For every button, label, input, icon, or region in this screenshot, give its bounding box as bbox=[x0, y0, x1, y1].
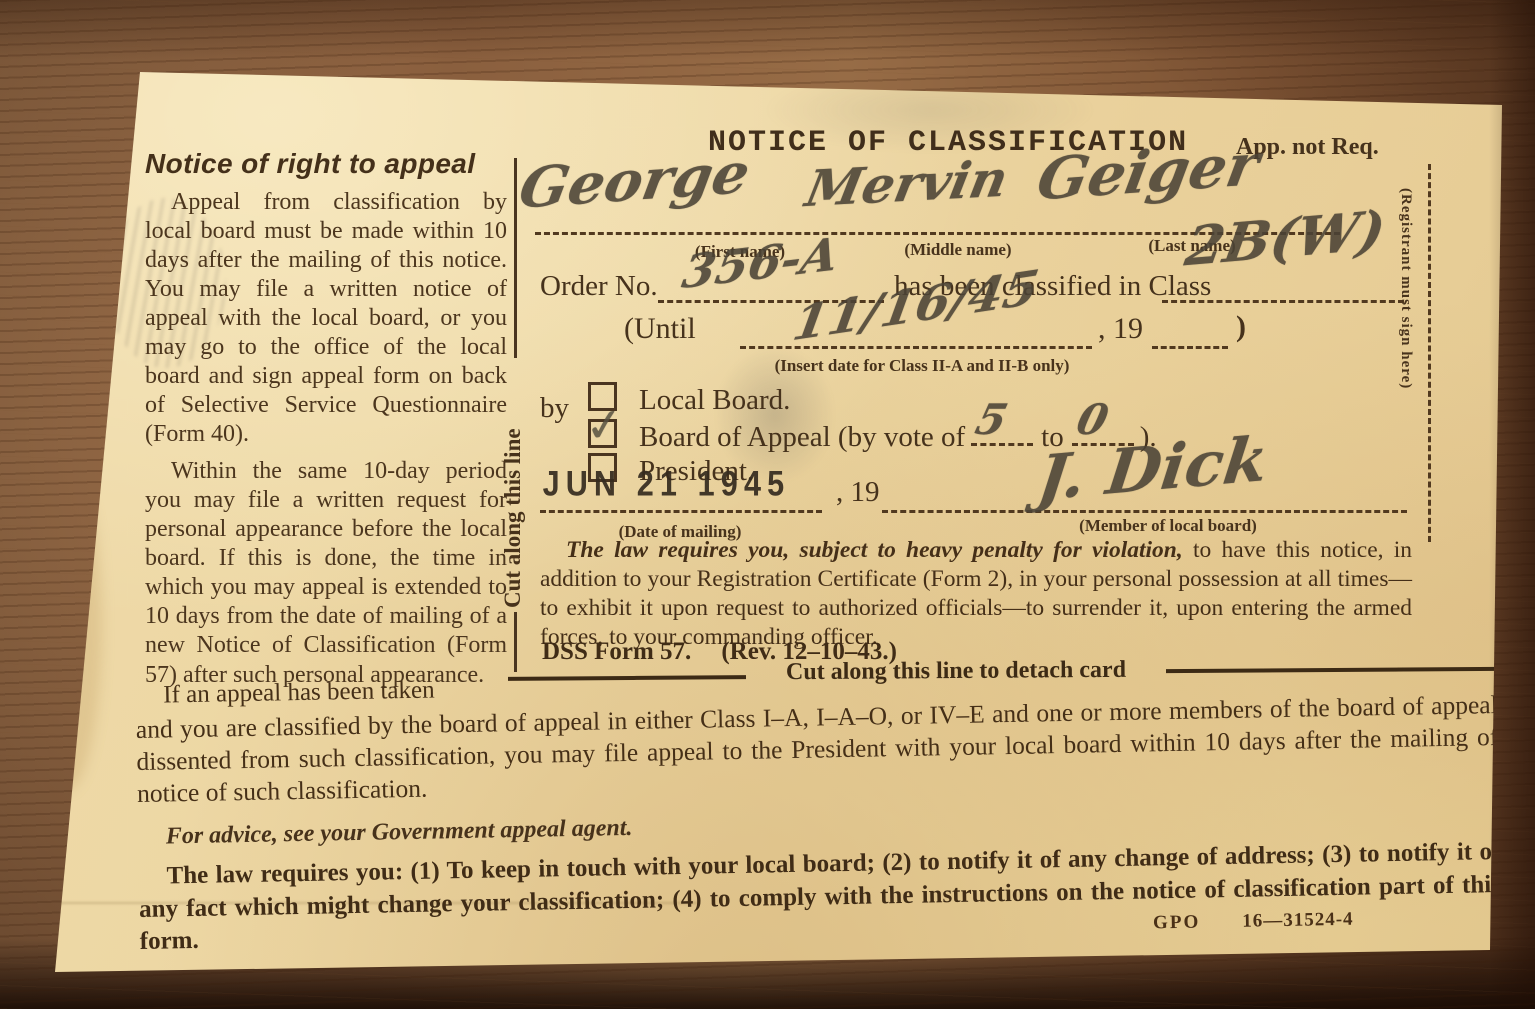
until-year-label: , 19 bbox=[1098, 312, 1143, 346]
law-paragraph: The law requires you, subject to heavy p… bbox=[540, 536, 1412, 652]
right-to-appeal-column: Notice of right to appeal Appeal from cl… bbox=[145, 148, 507, 690]
until-label: (Until bbox=[624, 312, 696, 346]
date-year-label: , 19 bbox=[836, 476, 880, 509]
bottom-section: If an appeal has been taken and you are … bbox=[135, 657, 1502, 959]
by-label: by bbox=[540, 392, 569, 425]
appeal-taken-paragraph: and you are classified by the board of a… bbox=[136, 689, 1500, 810]
vote-for-dashed-line: 5 bbox=[971, 417, 1033, 446]
cut-along-line-vertical-label: Cut along this line bbox=[500, 428, 526, 608]
local-board-label: Local Board. bbox=[639, 384, 790, 416]
until-close-paren: ) bbox=[1236, 310, 1246, 344]
signature-dashed-line bbox=[955, 510, 1407, 513]
gpo-label: GPO bbox=[1153, 912, 1201, 934]
law-requires-text: The law requires you: (1) To keep in tou… bbox=[139, 838, 1501, 955]
middle-name-label: (Middle name) bbox=[904, 240, 1011, 260]
right-to-appeal-heading: Notice of right to appeal bbox=[145, 148, 507, 180]
handwritten-class: 2B(W) bbox=[1181, 198, 1390, 279]
dss-form-number: DSS Form 57. bbox=[542, 638, 691, 665]
until-year-dashed-line bbox=[1152, 346, 1228, 349]
board-of-appeal-checkbox: ✓ bbox=[588, 419, 617, 448]
cut-line-rule-bottom bbox=[514, 612, 517, 672]
gpo-imprint: GPO16—31524-4 bbox=[1125, 908, 1354, 937]
class-dashed-line bbox=[1162, 300, 1404, 303]
appeal-paragraph-2: Within the same 10-day period you may fi… bbox=[145, 457, 507, 689]
photo-wood-background: Notice of right to appeal Appeal from cl… bbox=[0, 0, 1535, 1009]
handwritten-first-name: George bbox=[514, 140, 754, 222]
law-paragraph-intro: The law requires you, subject to heavy p… bbox=[566, 537, 1183, 563]
handwritten-order-no: 356-A bbox=[679, 227, 843, 299]
classification-card: Notice of right to appeal Appeal from cl… bbox=[40, 60, 1510, 985]
handwritten-middle-name: Mervin bbox=[801, 149, 1013, 218]
board-of-appeal-label: Board of Appeal (by vote of bbox=[639, 421, 965, 453]
order-no-label: Order No. bbox=[540, 270, 658, 303]
cut-line-rule-top bbox=[514, 158, 517, 358]
law-requires-paragraph: The law requires you: (1) To keep in tou… bbox=[138, 836, 1502, 958]
date-dashed-line bbox=[540, 510, 822, 513]
until-note-label: (Insert date for Class II-A and II-B onl… bbox=[775, 356, 1070, 376]
member-of-local-board-label: (Member of local board) bbox=[1079, 516, 1257, 536]
handwritten-vote-for: 5 bbox=[971, 395, 1012, 444]
registrant-sign-dashed-line bbox=[1428, 164, 1431, 542]
registrant-must-sign-label: (Registrant must sign here) bbox=[1397, 188, 1414, 389]
gpo-number: 16—31524-4 bbox=[1242, 909, 1354, 932]
pencil-checkmark: ✓ bbox=[582, 396, 626, 454]
date-stamp: JUN 21 1945 bbox=[543, 465, 791, 505]
stain bbox=[32, 460, 102, 790]
appeal-paragraph-1: Appeal from classification by local boar… bbox=[145, 188, 507, 449]
